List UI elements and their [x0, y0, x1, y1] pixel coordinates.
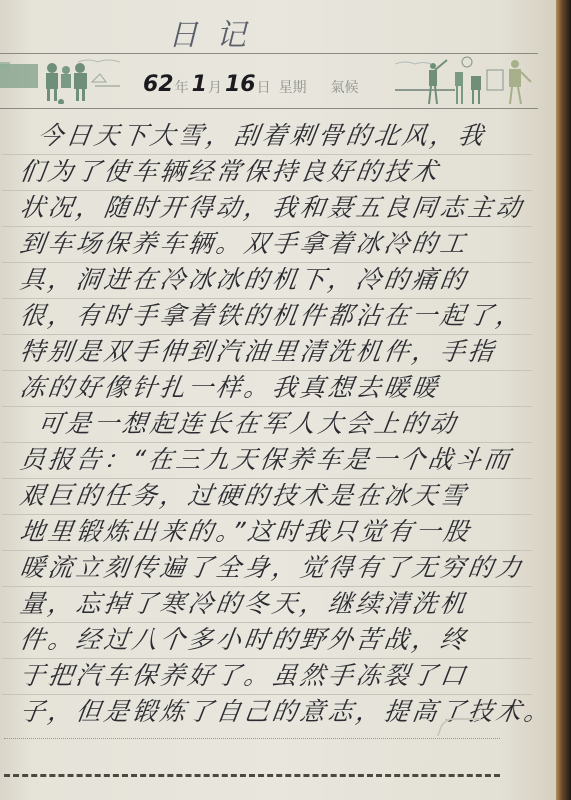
- month-value: 1: [192, 72, 207, 98]
- diary-line: 量，忘掉了寒冷的冬天，继续清洗机: [17, 586, 542, 622]
- diary-line: 可是一想起连长在军人大会上的动: [17, 406, 542, 442]
- weather-label: 氣候: [331, 78, 359, 98]
- month-label: 月: [208, 78, 222, 98]
- diary-page: 日记: [0, 0, 556, 800]
- diary-line: 今日天下大雪，刮着刺骨的北风，我: [17, 118, 542, 154]
- diary-line: 员报告：“在三九天保养车是一个战斗而: [17, 442, 542, 478]
- diary-header-band: 62 年 1 月 16 日 星期 氣候: [0, 53, 538, 109]
- diary-line: 件。经过八个多小时的野外苦战，终: [17, 622, 542, 658]
- diary-line: 艰巨的任务，过硬的技术是在冰天雪: [17, 478, 542, 514]
- weekday-label: 星期: [279, 78, 307, 98]
- diary-line: 状况，随时开得动，我和聂五良同志主动: [17, 190, 542, 226]
- diary-body: 今日天下大雪，刮着刺骨的北风，我 们为了使车辆经常保持良好的技术 状况，随时开得…: [20, 118, 540, 730]
- volleyball-players-illustration-icon: [395, 56, 535, 106]
- year-value: 62: [143, 72, 174, 98]
- diary-line: 很，有时手拿着铁的机件都沾在一起了，: [17, 298, 542, 334]
- book-binding-edge: [556, 0, 571, 800]
- ink-stroke-mark: [437, 718, 482, 736]
- date-fields: 62 年 1 月 16 日 星期 氣候: [142, 68, 361, 98]
- diary-line: 具，洞进在冷冰冰的机下，冷的痛的: [17, 262, 542, 298]
- bottom-dashed-border: [4, 774, 500, 777]
- diary-line: 们为了使车辆经常保持良好的技术: [17, 154, 542, 190]
- day-value: 16: [225, 72, 256, 98]
- diary-line: 暖流立刻传遍了全身，觉得有了无穷的力: [17, 550, 542, 586]
- diary-line: 地里锻炼出来的。”这时我只觉有一股: [17, 514, 542, 550]
- bottom-dotted-rule: [4, 738, 500, 739]
- year-label: 年: [175, 78, 189, 98]
- diary-title: 日记: [168, 10, 264, 54]
- day-label: 日: [257, 78, 271, 98]
- workers-illustration-icon: [0, 58, 120, 104]
- diary-line: 冻的好像针扎一样。我真想去暖暖: [17, 370, 542, 406]
- diary-line: 特别是双手伸到汽油里清洗机件，手指: [17, 334, 542, 370]
- diary-line: 于把汽车保养好了。虽然手冻裂了口: [17, 658, 542, 694]
- diary-line: 到车场保养车辆。双手拿着冰冷的工: [17, 226, 542, 262]
